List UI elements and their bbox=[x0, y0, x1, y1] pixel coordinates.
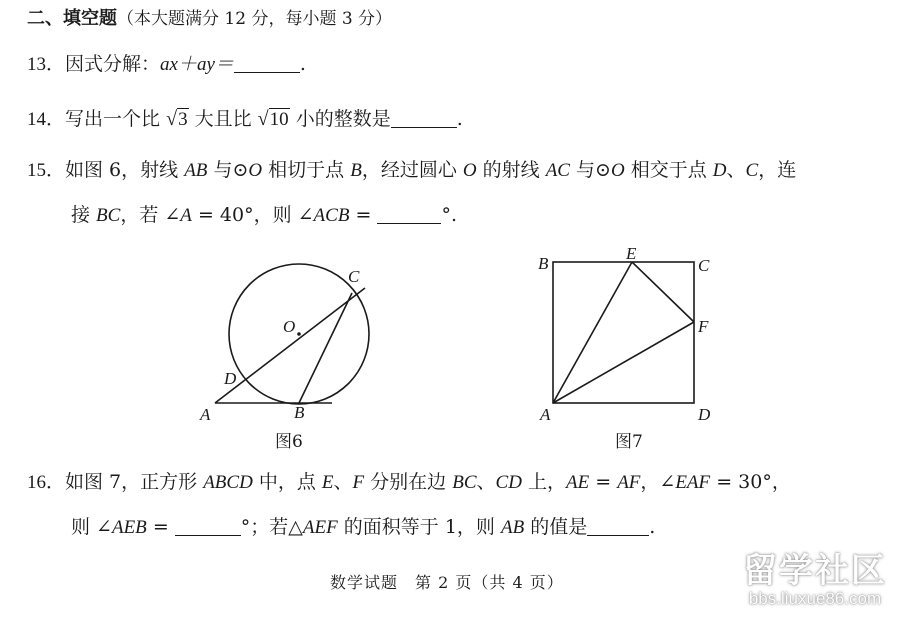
circle-tangent-diagram: A B C D O bbox=[195, 255, 395, 425]
answer-blank[interactable] bbox=[175, 517, 241, 536]
question-13: 13．因式分解：ax＋ay＝. bbox=[27, 52, 306, 77]
question-16-line-1: 16．如图 7，正方形 ABCD 中，点 E、F 分别在边 BC、CD 上，AE… bbox=[27, 470, 791, 495]
period: . bbox=[300, 53, 306, 75]
question-text: 大且比 bbox=[195, 108, 252, 130]
svg-text:B: B bbox=[294, 403, 305, 422]
section-title: 二、填空题 bbox=[27, 8, 117, 29]
answer-blank[interactable] bbox=[234, 54, 300, 73]
section-note: （本大题满分 12 分，每小题 3 分） bbox=[117, 9, 392, 29]
period: . bbox=[457, 108, 463, 130]
square-triangle-diagram: B C E F A D bbox=[535, 245, 725, 425]
sqrt-10: √10 bbox=[258, 107, 290, 132]
question-15-line-2: 接 BC，若 ∠A = 40°，则 ∠ACB = °. bbox=[71, 203, 457, 228]
section-heading: 二、填空题（本大题满分 12 分，每小题 3 分） bbox=[27, 6, 392, 31]
watermark-title: 留学社区 bbox=[735, 552, 895, 590]
question-number: 14． bbox=[27, 109, 65, 130]
figure-6-caption: 图6 bbox=[275, 427, 303, 452]
figure-6: A B C D O 图6 bbox=[195, 255, 395, 425]
watermark: 留学社区 bbs.liuxue86.com bbox=[735, 552, 895, 608]
answer-blank[interactable] bbox=[377, 205, 441, 224]
svg-text:D: D bbox=[697, 405, 711, 424]
expression: ax＋ay＝ bbox=[160, 54, 234, 75]
svg-text:A: A bbox=[539, 405, 551, 424]
svg-text:C: C bbox=[348, 267, 360, 286]
svg-text:B: B bbox=[538, 254, 549, 273]
question-number: 15． bbox=[27, 160, 65, 181]
question-text: 写出一个比 bbox=[65, 108, 160, 130]
question-14: 14．写出一个比 √3 大且比 √10 小的整数是. bbox=[27, 107, 463, 132]
svg-text:C: C bbox=[698, 256, 710, 275]
answer-blank[interactable] bbox=[587, 517, 649, 536]
answer-blank[interactable] bbox=[391, 109, 457, 128]
watermark-url: bbs.liuxue86.com bbox=[735, 590, 895, 608]
page-footer: 数学试题 第 2 页（共 4 页） bbox=[330, 570, 564, 593]
svg-text:A: A bbox=[199, 405, 211, 424]
svg-text:E: E bbox=[625, 245, 637, 263]
question-16-line-2: 则 ∠AEB = °；若△AEF 的面积等于 1，则 AB 的值是. bbox=[71, 515, 655, 540]
figure-7-caption: 图7 bbox=[615, 427, 643, 452]
question-number: 16． bbox=[27, 472, 65, 493]
question-text: 小的整数是 bbox=[296, 108, 391, 130]
question-15-line-1: 15．如图 6，射线 AB 与⊙O 相切于点 B，经过圆心 O 的射线 AC 与… bbox=[27, 158, 796, 183]
svg-text:F: F bbox=[697, 317, 709, 336]
sqrt-3: √3 bbox=[166, 107, 188, 132]
question-text: 因式分解： bbox=[65, 53, 160, 75]
svg-text:O: O bbox=[283, 317, 295, 336]
svg-text:D: D bbox=[223, 369, 237, 388]
figure-7: B C E F A D 图7 bbox=[535, 245, 725, 425]
question-number: 13． bbox=[27, 54, 65, 75]
